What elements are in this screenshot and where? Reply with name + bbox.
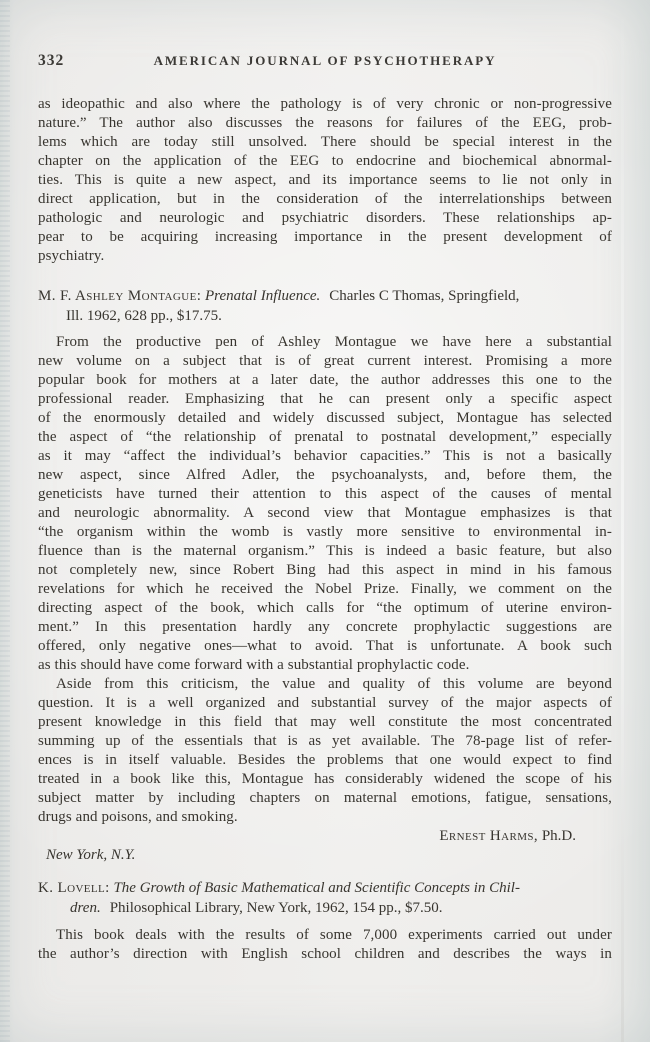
review-paragraph: From the productive pen of Ashley Montag… bbox=[38, 333, 612, 675]
book-publisher-continued: Ill. 1962, 628 pp., $17.75. bbox=[66, 308, 222, 324]
text-line: direct application, but in the considera… bbox=[38, 190, 612, 209]
text-line: summing up of the essentials that is as … bbox=[38, 732, 612, 751]
text-line: new volume on a subject that is of great… bbox=[38, 352, 612, 371]
text-line: chapter on the application of the EEG to… bbox=[38, 152, 612, 171]
book-heading-lovell: K. Lovell: The Growth of Basic Mathemati… bbox=[38, 878, 612, 918]
text-line: From the productive pen of Ashley Montag… bbox=[38, 333, 612, 352]
text-line: offered, only negative ones—what to avoi… bbox=[38, 637, 612, 656]
text-line: as it may “affect the individual’s behav… bbox=[38, 447, 612, 466]
text-line: nature.” The author also discusses the r… bbox=[38, 114, 612, 133]
book-citation-line: K. Lovell: The Growth of Basic Mathemati… bbox=[38, 878, 612, 898]
book-title: Prenatal Influence. bbox=[205, 288, 320, 304]
reviewer-degree: Ph.D. bbox=[542, 828, 576, 844]
text-line: popular book for mothers at a later date… bbox=[38, 371, 612, 390]
text-line: new aspect, since Alfred Adler, the psyc… bbox=[38, 466, 612, 485]
scan-edge-texture bbox=[0, 0, 10, 1042]
scan-crease bbox=[621, 0, 624, 1042]
text-line: pear to be acquiring increasing importan… bbox=[38, 228, 612, 247]
page-number: 332 bbox=[38, 52, 108, 70]
text-line: ties. This is quite a new aspect, and it… bbox=[38, 171, 612, 190]
review-paragraph: This book deals with the results of some… bbox=[38, 926, 612, 964]
text-line: question. It is a well organized and sub… bbox=[38, 694, 612, 713]
book-citation-line: M. F. Ashley Montague: Prenatal Influenc… bbox=[38, 286, 612, 306]
text-line: as this should have come forward with a … bbox=[38, 656, 612, 675]
text-line: treated in a book like this, Montague ha… bbox=[38, 770, 612, 789]
text-line: subject matter by including chapters on … bbox=[38, 789, 612, 808]
text-line: This book deals with the results of some… bbox=[38, 926, 612, 945]
text-line: of the enormously detailed and widely di… bbox=[38, 409, 612, 428]
text-line: and neurologic abnormality. A second vie… bbox=[38, 504, 612, 523]
book-citation-line: dren.Philosophical Library, New York, 19… bbox=[38, 898, 612, 918]
book-publisher: Charles C Thomas, Springfield, bbox=[329, 288, 519, 304]
journal-title: AMERICAN JOURNAL OF PSYCHOTHERAPY bbox=[108, 53, 542, 69]
continuation-paragraph: as ideopathic and also where the patholo… bbox=[38, 95, 612, 266]
reviewer-name: Ernest Harms, bbox=[439, 828, 538, 844]
text-line: fluence than is the maternal organism.” … bbox=[38, 542, 612, 561]
book-title: The Growth of Basic Mathematical and Sci… bbox=[113, 880, 519, 896]
reviewer-signature: Ernest Harms, Ph.D. bbox=[38, 827, 612, 846]
text-line: revelations for which he received the No… bbox=[38, 580, 612, 599]
text-line: pathologic and neurologic and psychiatri… bbox=[38, 209, 612, 228]
text-line: ment.” In this presentation hardly any c… bbox=[38, 618, 612, 637]
text-line: professional reader. Emphasizing that he… bbox=[38, 390, 612, 409]
book-author: M. F. Ashley Montague: bbox=[38, 288, 201, 304]
book-heading-montague: M. F. Ashley Montague: Prenatal Influenc… bbox=[38, 286, 612, 326]
text-line: “the organism within the womb is vastly … bbox=[38, 523, 612, 542]
book-citation-line: Ill. 1962, 628 pp., $17.75. bbox=[38, 306, 612, 326]
text-line: Aside from this criticism, the value and… bbox=[38, 675, 612, 694]
text-line: psychiatry. bbox=[38, 247, 612, 266]
book-author: K. Lovell: bbox=[38, 880, 110, 896]
book-title-continued: dren. bbox=[70, 900, 101, 916]
reviewer-location: New York, N.Y. bbox=[38, 846, 612, 865]
text-line: lems which are today still unsolved. The… bbox=[38, 133, 612, 152]
text-line: the aspect of “the relationship of prena… bbox=[38, 428, 612, 447]
book-publisher: Philosophical Library, New York, 1962, 1… bbox=[110, 900, 443, 916]
running-head: 332 AMERICAN JOURNAL OF PSYCHOTHERAPY bbox=[38, 52, 612, 70]
journal-page: 332 AMERICAN JOURNAL OF PSYCHOTHERAPY as… bbox=[0, 0, 650, 1042]
text-line: geneticists have turned their attention … bbox=[38, 485, 612, 504]
text-line: directing aspect of the book, which call… bbox=[38, 599, 612, 618]
text-line: present knowledge in this field that may… bbox=[38, 713, 612, 732]
text-line: the author’s direction with English scho… bbox=[38, 945, 612, 964]
text-line: ences is in itself valuable. Besides the… bbox=[38, 751, 612, 770]
text-column: as ideopathic and also where the patholo… bbox=[38, 95, 612, 964]
text-line: drugs and poisons, and smoking. bbox=[38, 808, 612, 827]
review-paragraph: Aside from this criticism, the value and… bbox=[38, 675, 612, 827]
text-line: not completely new, since Robert Bing ha… bbox=[38, 561, 612, 580]
text-line: as ideopathic and also where the patholo… bbox=[38, 95, 612, 114]
